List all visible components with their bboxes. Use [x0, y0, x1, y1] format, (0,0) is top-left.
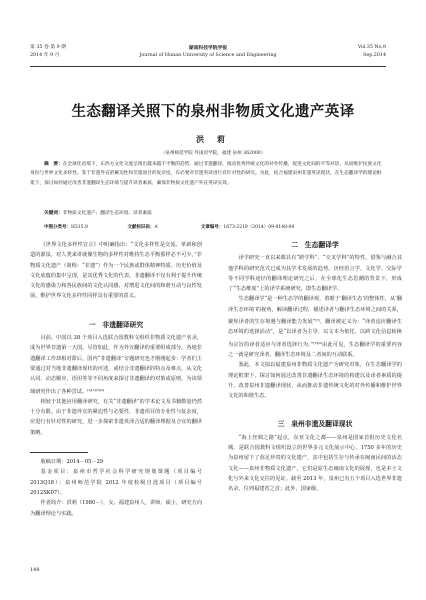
- footnote-rule: [30, 452, 88, 453]
- journal-name-en: Journal of Hunan University of Science a…: [30, 52, 386, 60]
- right-column: 二 生态翻译学 译学研究一直以来都具有“跨学科”、“交叉学科”的特性，借鉴与融合…: [228, 240, 402, 495]
- section-2-paragraph-3: 鉴此，本文拟以福建泉州非物质文化遗产为研究对象，在生态翻译学的理论框架下，探讨如…: [228, 360, 402, 401]
- fund-info: 基金项目：泉州市哲学社会科学研究规划课题（项目编号 2013Q18）；泉州师范学…: [30, 467, 202, 498]
- section-3-heading: 三 泉州非遗及翻译现状: [228, 419, 402, 429]
- keywords: 关键词：非物质文化遗产；翻译生态环境；译者素质: [44, 210, 152, 216]
- abstract-label: 摘 要：: [44, 162, 63, 167]
- section-1-paragraph-2: 相较于其他应用翻译研究，有关“非遗翻译”的学术论文及书籍数量仍然十分有限。由于非…: [30, 397, 202, 438]
- article-number: 文章编号：1673-2219（2014）09-0148-04: [201, 224, 294, 230]
- journal-name: 湖南科技学院学报 Journal of Hunan University of …: [30, 44, 386, 60]
- volume-issue-en-label: Vol.35 No.9: [358, 44, 386, 52]
- author-affiliation: （泉州师范学院 外国语学院，福建 泉州 362000）: [0, 150, 426, 156]
- page-number: 148: [30, 567, 40, 573]
- article-title: 生态翻译关照下的泉州非物质文化遗产英译: [0, 100, 426, 121]
- keywords-text: 非物质文化遗产；翻译生态环境；译者素质: [63, 211, 152, 216]
- section-1-heading: 一 非遗翻译研究: [30, 320, 202, 330]
- section-3-paragraph-1: “海上丝绸之路”起点，东亚文化之都——泉州是国家首批历史文化名城，是联合国教科文…: [228, 433, 402, 495]
- left-column: 《世界文化多样性宣言》中明确指出：“文化多样性是交流、革新和创造的源泉，对人类来…: [30, 240, 202, 519]
- intro-paragraph: 《世界文化多样性宣言》中明确指出：“文化多样性是交流、革新和创造的源泉，对人类来…: [30, 240, 202, 302]
- keywords-label: 关键词：: [44, 211, 63, 216]
- doc-code-value: A: [154, 225, 157, 230]
- volume-issue-en: Vol.35 No.9 Sep.2014: [358, 44, 386, 60]
- document-code: 文献标识码：A: [127, 224, 199, 230]
- abstract-text: 在全球化语境下，东西方文化交流呈现出越来越不平衡的趋势。通过非遗翻译，推动优秀传…: [30, 162, 382, 186]
- doc-code-label: 文献标识码：: [127, 225, 154, 230]
- issue-date-en: Sep.2014: [358, 52, 386, 60]
- received-date: 收稿日期：2014－05－29: [30, 457, 202, 467]
- citation: [6][4]: [313, 341, 322, 345]
- clc-label: 中图分类号：: [44, 225, 71, 230]
- journal-name-cn: 湖南科技学院学报: [30, 44, 386, 52]
- article-no-value: 1673-2219（2014）09-0148-04: [223, 224, 294, 230]
- running-header: 第 35 卷 第 9 期 2014 年 9 月 湖南科技学院学报 Journal…: [30, 44, 386, 67]
- abstract: 摘 要：在全球化语境下，东西方文化交流呈现出越来越不平衡的趋势。通过非遗翻译，推…: [30, 160, 386, 188]
- section-1-paragraph-1: 目前，中国以 38 个项目入选联合国教科文组织非物质文化遗产名录，成为世界非遗第…: [30, 333, 202, 397]
- section-2-paragraph-2: 生态翻译学“是一种生态学的翻译观，着眼于‘翻译生态’的整体性，从‘翻译生态环境’…: [228, 294, 402, 360]
- author-bio: 作者简介：洪莉（1980－），女，福建泉州人，讲师，硕士，研究方向为翻译理论与实…: [30, 498, 202, 519]
- section-2-heading: 二 生态翻译学: [228, 240, 402, 250]
- classification-line: 中图分类号：H315.9 文献标识码：A 文章编号：1673-2219（2014…: [44, 224, 404, 230]
- author-name: 洪 莉: [0, 134, 426, 145]
- footnotes: 收稿日期：2014－05－29 基金项目：泉州市哲学社会科学研究规划课题（项目编…: [30, 457, 202, 519]
- citation: [1][2][3][4]: [87, 388, 104, 392]
- article-no-label: 文章编号：: [201, 225, 224, 230]
- clc-value: H315.9: [71, 225, 88, 230]
- clc-number: 中图分类号：H315.9: [44, 224, 126, 230]
- section-2-paragraph-1: 译学研究一直以来都具有“跨学科”、“交叉学科”的特性，借鉴与融合其他学科的研究范…: [228, 253, 402, 294]
- section-1-p1-text: 目前，中国以 38 个项目入选联合国教科文组织非物质文化遗产名录，成为世界非遗第…: [30, 335, 202, 394]
